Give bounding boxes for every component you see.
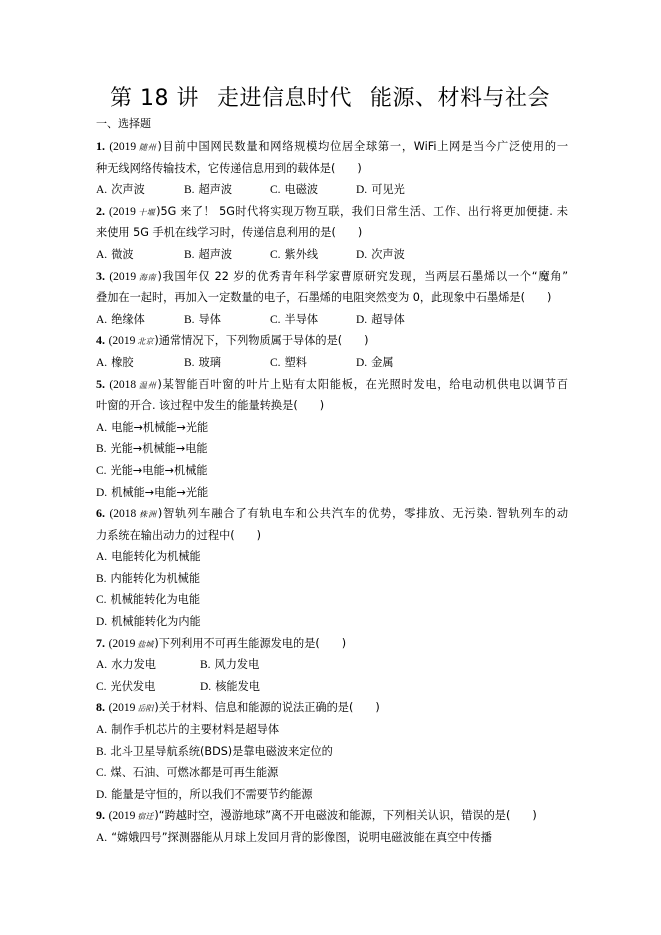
options-row: B.内能转化为机械能	[96, 568, 568, 590]
question-stem-line: 8. (2019岳阳)关于材料、信息和能源的说法正确的是()	[96, 697, 568, 719]
source-year: (2019	[109, 638, 136, 650]
option-a[interactable]: A.电能→机械能→光能	[96, 417, 208, 440]
paren-close: )	[342, 637, 346, 650]
paren-open: (	[230, 529, 234, 542]
option-letter: C.	[270, 314, 281, 326]
option-text: 可见光	[371, 183, 405, 196]
option-letter: A.	[96, 184, 107, 196]
options-row: A.微波B.超声波C.紫外线D.次声波	[96, 244, 568, 266]
page-title: 第 18 讲走进信息时代能源、材料与社会	[92, 84, 568, 114]
option-c[interactable]: C.紫外线	[270, 244, 356, 266]
option-letter: A.	[96, 659, 107, 671]
question-5: 5. (2018温州)某智能百叶窗的叶片上贴有太阳能板，在光照时发电，给电动机供…	[96, 374, 568, 504]
option-letter: B.	[200, 659, 211, 671]
stem-text: 叶窗的开合. 该过程中发生的能量转换是	[96, 399, 293, 412]
option-text: 超声波	[199, 248, 233, 261]
option-b[interactable]: B.内能转化为机械能	[96, 568, 200, 591]
option-letter: B.	[96, 573, 107, 585]
option-a[interactable]: A.“嫦娥四号”探测器能从月球上发回月背的影像图，说明电磁波能在真空中传播	[96, 827, 492, 850]
answer-blank[interactable]: ()	[349, 697, 380, 719]
question-7: 7. (2019盐城)下列利用不可再生能源发电的是()A.水力发电B.风力发电C…	[96, 633, 568, 698]
option-a[interactable]: A.电能转化为机械能	[96, 546, 201, 569]
stem-text: )5G 来了！ 5G时代将实现万物互联，我们日常生活、工作、出行将更加便捷. 未	[156, 205, 568, 218]
question-stem-line: 4. (2019北京)通常情况下，下列物质属于导体的是()	[96, 330, 568, 352]
stem-text: )通常情况下，下列物质属于导体的是	[154, 334, 337, 347]
options-row: A.电能→机械能→光能	[96, 417, 568, 439]
question-4: 4. (2019北京)通常情况下，下列物质属于导体的是()A.橡胶B.玻璃C.塑…	[96, 330, 568, 373]
paren-open: (	[331, 226, 335, 239]
option-b[interactable]: B.玻璃	[184, 352, 270, 374]
option-c[interactable]: C.塑料	[270, 352, 356, 374]
option-text: 光能→机械能→电能	[111, 442, 208, 455]
option-c[interactable]: C.煤、石油、可燃冰都是可再生能源	[96, 762, 278, 785]
paren-open: (	[315, 637, 319, 650]
stem-text: 来使用 5G 手机在线学习时，传递信息利用的是	[96, 226, 331, 239]
source-region: 温州	[138, 381, 156, 390]
option-letter: B.	[184, 249, 195, 261]
paren-close: )	[547, 291, 551, 304]
stem-text: )智轨列车融合了有轨电车和公共汽车的优势，零排放、无污染. 智轨列车的动	[158, 507, 568, 520]
option-letter: D.	[96, 789, 107, 801]
paren-open: (	[349, 701, 353, 714]
source-year: (2019	[109, 271, 136, 283]
options-row: D.机械能→电能→光能	[96, 482, 568, 504]
paren-close: )	[257, 529, 261, 542]
source-region: 北京	[137, 337, 153, 346]
question-stem-line: 2. (2019十堰)5G 来了！ 5G时代将实现万物互联，我们日常生活、工作、…	[96, 201, 568, 223]
option-text: 核能发电	[215, 680, 260, 693]
options-row: D.机械能转化为内能	[96, 611, 568, 633]
option-text: 超导体	[371, 313, 405, 326]
question-number: 9.	[96, 808, 105, 822]
option-text: 次声波	[371, 248, 405, 261]
answer-blank[interactable]: ()	[331, 222, 362, 244]
question-number: 8.	[96, 700, 105, 714]
answer-blank[interactable]: ()	[338, 330, 369, 352]
option-text: 微波	[111, 248, 133, 261]
question-stem-line: 6. (2018株洲)智轨列车融合了有轨电车和公共汽车的优势，零排放、无污染. …	[96, 503, 568, 525]
options-row: A.橡胶B.玻璃C.塑料D.金属	[96, 352, 568, 374]
question-stem-line: 叶窗的开合. 该过程中发生的能量转换是()	[96, 395, 568, 417]
source-year: (2018	[109, 508, 136, 520]
source-region: 岳阳	[137, 704, 153, 713]
paren-open: (	[338, 334, 342, 347]
option-letter: C.	[270, 249, 281, 261]
worksheet-page: 第 18 讲走进信息时代能源、材料与社会 一、选择题 1. (2019随州)目前…	[96, 84, 568, 849]
paren-close: )	[358, 226, 362, 239]
question-stem-line: 7. (2019盐城)下列利用不可再生能源发电的是()	[96, 633, 568, 655]
options-row: A.电能转化为机械能	[96, 546, 568, 568]
lesson-topic-2: 能源、材料与社会	[370, 86, 550, 111]
question-number: 6.	[96, 506, 105, 520]
question-number: 2.	[96, 204, 105, 218]
option-c[interactable]: C.机械能转化为电能	[96, 589, 200, 612]
answer-blank[interactable]: ()	[521, 287, 552, 309]
option-b[interactable]: B.北斗卫星导航系统(BDS)是靠电磁波来定位的	[96, 741, 333, 764]
option-b[interactable]: B.超声波	[184, 179, 270, 201]
options-row: A.“嫦娥四号”探测器能从月球上发回月背的影像图，说明电磁波能在真空中传播	[96, 827, 568, 849]
source-region: 随州	[138, 143, 156, 152]
question-3: 3. (2019海南)我国年仅 22 岁的优秀青年科学家曹原研究发现，当两层石墨…	[96, 266, 568, 331]
option-letter: D.	[356, 184, 367, 196]
option-c[interactable]: C.半导体	[270, 309, 356, 331]
option-letter: D.	[356, 314, 367, 326]
option-d[interactable]: D.可见光	[356, 179, 442, 201]
option-letter: A.	[96, 724, 107, 736]
question-number: 1.	[96, 139, 105, 153]
option-letter: C.	[96, 767, 107, 779]
stem-text: 叠加在一起时，再加入一定数量的电子，石墨烯的电阻突然变为 0，此现象中石墨烯是	[96, 291, 521, 304]
lesson-topic-1: 走进信息时代	[217, 86, 352, 111]
option-text: 塑料	[285, 356, 307, 369]
option-letter: C.	[96, 681, 107, 693]
option-text: 风力发电	[215, 658, 260, 671]
option-text: 光能→电能→机械能	[111, 464, 208, 477]
stem-text: 力系统在输出动力的过程中	[96, 529, 230, 542]
option-letter: D.	[356, 357, 367, 369]
question-list: 1. (2019随州)目前中国网民数量和网络规模均位居全球第一，WiFi上网是当…	[96, 136, 568, 849]
source-year: (2019	[109, 141, 136, 153]
option-text: 金属	[371, 356, 393, 369]
option-b[interactable]: B.超声波	[184, 244, 270, 266]
stem-text: 种无线网络传输技术，它传递信息用到的载体是	[96, 162, 331, 175]
option-text: 制作手机芯片的主要材料是超导体	[111, 723, 279, 736]
option-d[interactable]: D.机械能→电能→光能	[96, 482, 208, 505]
option-text: 机械能→电能→光能	[111, 486, 208, 499]
option-text: 煤、石油、可燃冰都是可再生能源	[111, 766, 279, 779]
question-number: 4.	[96, 333, 105, 347]
option-a[interactable]: A.水力发电	[96, 654, 200, 676]
option-text: 紫外线	[285, 248, 319, 261]
option-d[interactable]: D.超导体	[356, 309, 442, 331]
option-text: 能量是守恒的，所以我们不需要节约能源	[111, 788, 312, 801]
question-8: 8. (2019岳阳)关于材料、信息和能源的说法正确的是()A.制作手机芯片的主…	[96, 697, 568, 805]
question-stem-line: 1. (2019随州)目前中国网民数量和网络规模均位居全球第一，WiFi上网是当…	[96, 136, 568, 158]
question-stem-line: 叠加在一起时，再加入一定数量的电子，石墨烯的电阻突然变为 0，此现象中石墨烯是(…	[96, 287, 568, 309]
paren-close: )	[357, 162, 361, 175]
paren-open: (	[331, 162, 335, 175]
option-letter: A.	[96, 422, 107, 434]
options-row: C.光伏发电D.核能发电	[96, 676, 568, 698]
question-stem-line: 9. (2019宿迁)“跨越时空，漫游地球”离不开电磁波和能源，下列相关认识，错…	[96, 805, 568, 827]
answer-blank[interactable]: ()	[293, 395, 324, 417]
options-row: A.次声波B.超声波C.电磁波D.可见光	[96, 179, 568, 201]
option-b[interactable]: B.光能→机械能→电能	[96, 438, 208, 461]
source-region: 十堰	[138, 208, 155, 217]
option-text: 北斗卫星导航系统(BDS)是靠电磁波来定位的	[111, 745, 333, 758]
option-a[interactable]: A.橡胶	[96, 352, 184, 374]
option-text: 绝缘体	[111, 313, 145, 326]
option-text: 超声波	[199, 183, 233, 196]
question-number: 7.	[96, 636, 105, 650]
option-letter: A.	[96, 551, 107, 563]
option-text: 次声波	[111, 183, 145, 196]
option-text: “嫦娥四号”探测器能从月球上发回月背的影像图，说明电磁波能在真空中传播	[111, 831, 492, 844]
option-text: 半导体	[285, 313, 319, 326]
option-text: 电磁波	[285, 183, 319, 196]
option-a[interactable]: A.绝缘体	[96, 309, 184, 331]
question-1: 1. (2019随州)目前中国网民数量和网络规模均位居全球第一，WiFi上网是当…	[96, 136, 568, 201]
stem-text: )我国年仅 22 岁的优秀青年科学家曹原研究发现，当两层石墨烯以一个“魔角”	[157, 270, 568, 283]
options-row: B.光能→机械能→电能	[96, 438, 568, 460]
stem-text: )下列利用不可再生能源发电的是	[154, 637, 315, 650]
option-text: 光伏发电	[111, 680, 156, 693]
option-letter: D.	[356, 249, 367, 261]
option-letter: B.	[184, 314, 195, 326]
source-year: (2019	[109, 206, 136, 218]
option-text: 电能转化为机械能	[111, 550, 201, 563]
option-c[interactable]: C.光伏发电	[96, 676, 200, 698]
question-stem-line: 力系统在输出动力的过程中()	[96, 525, 568, 547]
option-d[interactable]: D.金属	[356, 352, 442, 374]
option-text: 水力发电	[111, 658, 156, 671]
answer-blank[interactable]: ()	[315, 633, 346, 655]
source-year: (2019	[109, 335, 136, 347]
question-number: 3.	[96, 269, 105, 283]
option-d[interactable]: D.核能发电	[200, 676, 304, 698]
source-region: 株洲	[138, 510, 157, 519]
options-row: A.制作手机芯片的主要材料是超导体	[96, 719, 568, 741]
option-text: 内能转化为机械能	[111, 572, 201, 585]
option-b[interactable]: B.导体	[184, 309, 270, 331]
option-text: 导体	[199, 313, 221, 326]
question-stem-line: 来使用 5G 手机在线学习时，传递信息利用的是()	[96, 222, 568, 244]
paren-close: )	[320, 399, 324, 412]
option-letter: A.	[96, 249, 107, 261]
answer-blank[interactable]: ()	[230, 525, 261, 547]
option-letter: D.	[96, 487, 107, 499]
option-b[interactable]: B.风力发电	[200, 654, 304, 676]
question-6: 6. (2018株洲)智轨列车融合了有轨电车和公共汽车的优势，零排放、无污染. …	[96, 503, 568, 633]
section-heading: 一、选择题	[96, 116, 568, 132]
source-year: (2018	[109, 379, 136, 391]
option-letter: C.	[96, 594, 107, 606]
answer-blank[interactable]: ()	[506, 805, 537, 827]
options-row: C.光能→电能→机械能	[96, 460, 568, 482]
option-d[interactable]: D.能量是守恒的，所以我们不需要节约能源	[96, 784, 313, 807]
option-a[interactable]: A.次声波	[96, 179, 184, 201]
option-letter: C.	[96, 465, 107, 477]
question-9: 9. (2019宿迁)“跨越时空，漫游地球”离不开电磁波和能源，下列相关认识，错…	[96, 805, 568, 848]
option-letter: A.	[96, 832, 107, 844]
options-row: C.机械能转化为电能	[96, 589, 568, 611]
paren-close: )	[364, 334, 368, 347]
option-text: 机械能转化为内能	[111, 615, 201, 628]
stem-text: )“跨越时空，漫游地球”离不开电磁波和能源，下列相关认识，错误的是	[154, 809, 506, 822]
source-year: (2019	[109, 810, 136, 822]
source-region: 宿迁	[137, 812, 153, 821]
paren-close: )	[375, 701, 379, 714]
options-row: A.水力发电B.风力发电	[96, 654, 568, 676]
paren-open: (	[521, 291, 525, 304]
option-letter: B.	[184, 184, 195, 196]
option-a[interactable]: A.制作手机芯片的主要材料是超导体	[96, 719, 279, 742]
option-letter: C.	[270, 357, 281, 369]
stem-text: )某智能百叶窗的叶片上贴有太阳能板，在光照时发电，给电动机供电以调节百	[157, 378, 568, 391]
paren-close: )	[532, 809, 536, 822]
option-letter: D.	[200, 681, 211, 693]
option-letter: C.	[270, 184, 281, 196]
options-row: C.煤、石油、可燃冰都是可再生能源	[96, 762, 568, 784]
option-text: 橡胶	[111, 356, 133, 369]
option-letter: B.	[96, 443, 107, 455]
paren-open: (	[506, 809, 510, 822]
question-2: 2. (2019十堰)5G 来了！ 5G时代将实现万物互联，我们日常生活、工作、…	[96, 201, 568, 266]
question-stem-line: 5. (2018温州)某智能百叶窗的叶片上贴有太阳能板，在光照时发电，给电动机供…	[96, 374, 568, 396]
option-letter: A.	[96, 314, 107, 326]
source-year: (2019	[109, 702, 136, 714]
options-row: D.能量是守恒的，所以我们不需要节约能源	[96, 784, 568, 806]
question-stem-line: 3. (2019海南)我国年仅 22 岁的优秀青年科学家曹原研究发现，当两层石墨…	[96, 266, 568, 288]
options-row: B.北斗卫星导航系统(BDS)是靠电磁波来定位的	[96, 741, 568, 763]
answer-blank[interactable]: ()	[331, 158, 362, 180]
option-text: 机械能转化为电能	[111, 593, 201, 606]
lesson-number: 第 18 讲	[110, 86, 199, 111]
stem-text: )关于材料、信息和能源的说法正确的是	[154, 701, 349, 714]
option-letter: B.	[184, 357, 195, 369]
question-stem-line: 种无线网络传输技术，它传递信息用到的载体是()	[96, 158, 568, 180]
options-row: A.绝缘体B.导体C.半导体D.超导体	[96, 309, 568, 331]
paren-open: (	[293, 399, 297, 412]
stem-text: )目前中国网民数量和网络规模均位居全球第一，WiFi上网是当今广泛使用的一	[158, 140, 569, 153]
source-region: 海南	[138, 273, 156, 282]
option-text: 电能→机械能→光能	[111, 421, 208, 434]
option-c[interactable]: C.光能→电能→机械能	[96, 460, 208, 483]
option-letter: A.	[96, 357, 107, 369]
question-number: 5.	[96, 377, 105, 391]
option-text: 玻璃	[199, 356, 221, 369]
option-letter: B.	[96, 746, 107, 758]
source-region: 盐城	[137, 640, 153, 649]
option-a[interactable]: A.微波	[96, 244, 184, 266]
option-c[interactable]: C.电磁波	[270, 179, 356, 201]
option-letter: D.	[96, 616, 107, 628]
option-d[interactable]: D.机械能转化为内能	[96, 611, 201, 634]
option-d[interactable]: D.次声波	[356, 244, 442, 266]
